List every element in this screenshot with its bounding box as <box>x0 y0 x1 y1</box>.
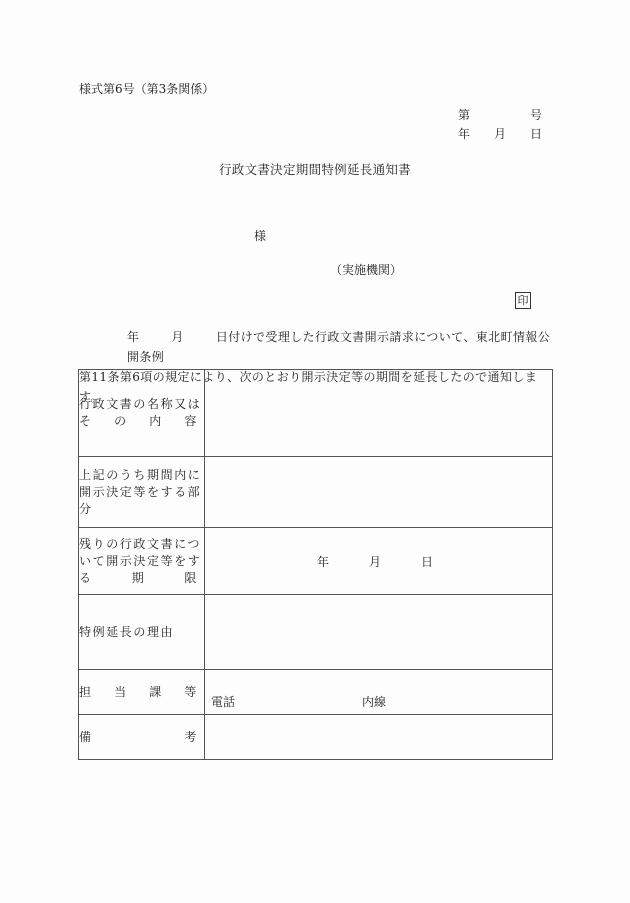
label-line: 残りの行政文書につ <box>79 536 204 553</box>
month-label: 月 <box>494 125 506 142</box>
label-char: の <box>114 413 128 430</box>
value-remaining-deadline[interactable]: 年 月 日 <box>205 528 553 595</box>
deadline-year-label: 年 <box>317 553 329 570</box>
value-department[interactable]: 電話 内線 <box>205 670 553 715</box>
notice-line-1: 年月日付けで受理した行政文書開示請求について、東北町情報公開条例 <box>79 327 553 367</box>
label-extension-reason: 特例延長の理由 <box>79 595 205 670</box>
label-line: る 期 限 <box>79 570 204 587</box>
label-line: 開示決定等をする部 <box>79 484 204 501</box>
value-document-name[interactable] <box>205 370 553 457</box>
label-department: 担 当 課 等 <box>79 670 205 715</box>
document-number-line: 第 号 <box>458 106 542 123</box>
table-row-extension-reason: 特例延長の理由 <box>79 595 553 670</box>
label-char: 等 <box>184 684 198 701</box>
label-char: 限 <box>184 570 198 587</box>
table-row-document-name: 行政文書の名称又は そ の 内 容 <box>79 370 553 457</box>
label-line: そ の 内 容 <box>79 413 204 430</box>
extension-details-table: 行政文書の名称又は そ の 内 容 上記のうち期間内に 開示決定等をする部 分 … <box>78 369 553 760</box>
label-part-within-period: 上記のうち期間内に 開示決定等をする部 分 <box>79 457 205 528</box>
label-remarks: 備 考 <box>79 715 205 760</box>
document-title: 行政文書決定期間特例延長通知書 <box>0 160 630 178</box>
number-suffix: 号 <box>530 106 542 123</box>
label-char: 担 <box>79 684 93 701</box>
label-char: 当 <box>114 684 128 701</box>
table-row-part-within-period: 上記のうち期間内に 開示決定等をする部 分 <box>79 457 553 528</box>
issue-date-line: 年 月 日 <box>458 125 542 142</box>
label-char: 容 <box>184 413 198 430</box>
notice-line-1-text: 日付けで受理した行政文書開示請求について、東北町情報公開条例 <box>127 330 550 364</box>
extension-label: 内線 <box>362 693 386 710</box>
contact-info: 電話 内線 <box>205 670 552 714</box>
form-number: 様式第6号（第3条関係） <box>79 80 214 97</box>
deadline-month-label: 月 <box>369 553 381 570</box>
day-label: 日 <box>530 125 542 142</box>
label-char: そ <box>79 413 93 430</box>
value-extension-reason[interactable] <box>205 595 553 670</box>
label-line: 特例延長の理由 <box>79 624 204 641</box>
number-prefix: 第 <box>458 106 470 123</box>
seal-mark: 印 <box>515 292 531 309</box>
received-year-label: 年 <box>127 330 139 344</box>
label-char: る <box>79 570 93 587</box>
deadline-date: 年 月 日 <box>205 553 552 570</box>
table-row-remarks: 備 考 <box>79 715 553 760</box>
table-row-department: 担 当 課 等 電話 内線 <box>79 670 553 715</box>
label-line: 行政文書の名称又は <box>79 396 204 413</box>
table-row-remaining-deadline: 残りの行政文書につ いて開示決定等をす る 期 限 年 月 日 <box>79 528 553 595</box>
label-char: 期 <box>132 570 146 587</box>
value-part-within-period[interactable] <box>205 457 553 528</box>
label-line: いて開示決定等をす <box>79 553 204 570</box>
label-remaining-deadline: 残りの行政文書につ いて開示決定等をす る 期 限 <box>79 528 205 595</box>
label-char: 考 <box>184 729 198 746</box>
addressee-suffix: 様 <box>254 227 266 244</box>
label-char: 課 <box>149 684 163 701</box>
label-char: 内 <box>149 413 163 430</box>
received-month-label: 月 <box>171 330 183 344</box>
implementing-agency: （実施機関） <box>330 261 402 278</box>
year-label: 年 <box>458 125 470 142</box>
label-line: 備 考 <box>79 729 204 746</box>
value-remarks[interactable] <box>205 715 553 760</box>
label-line: 担 当 課 等 <box>79 684 204 701</box>
label-document-name: 行政文書の名称又は そ の 内 容 <box>79 370 205 457</box>
label-char: 備 <box>79 729 93 746</box>
label-line: 分 <box>79 501 204 518</box>
deadline-day-label: 日 <box>421 553 433 570</box>
phone-label: 電話 <box>211 693 235 710</box>
label-line: 上記のうち期間内に <box>79 467 204 484</box>
